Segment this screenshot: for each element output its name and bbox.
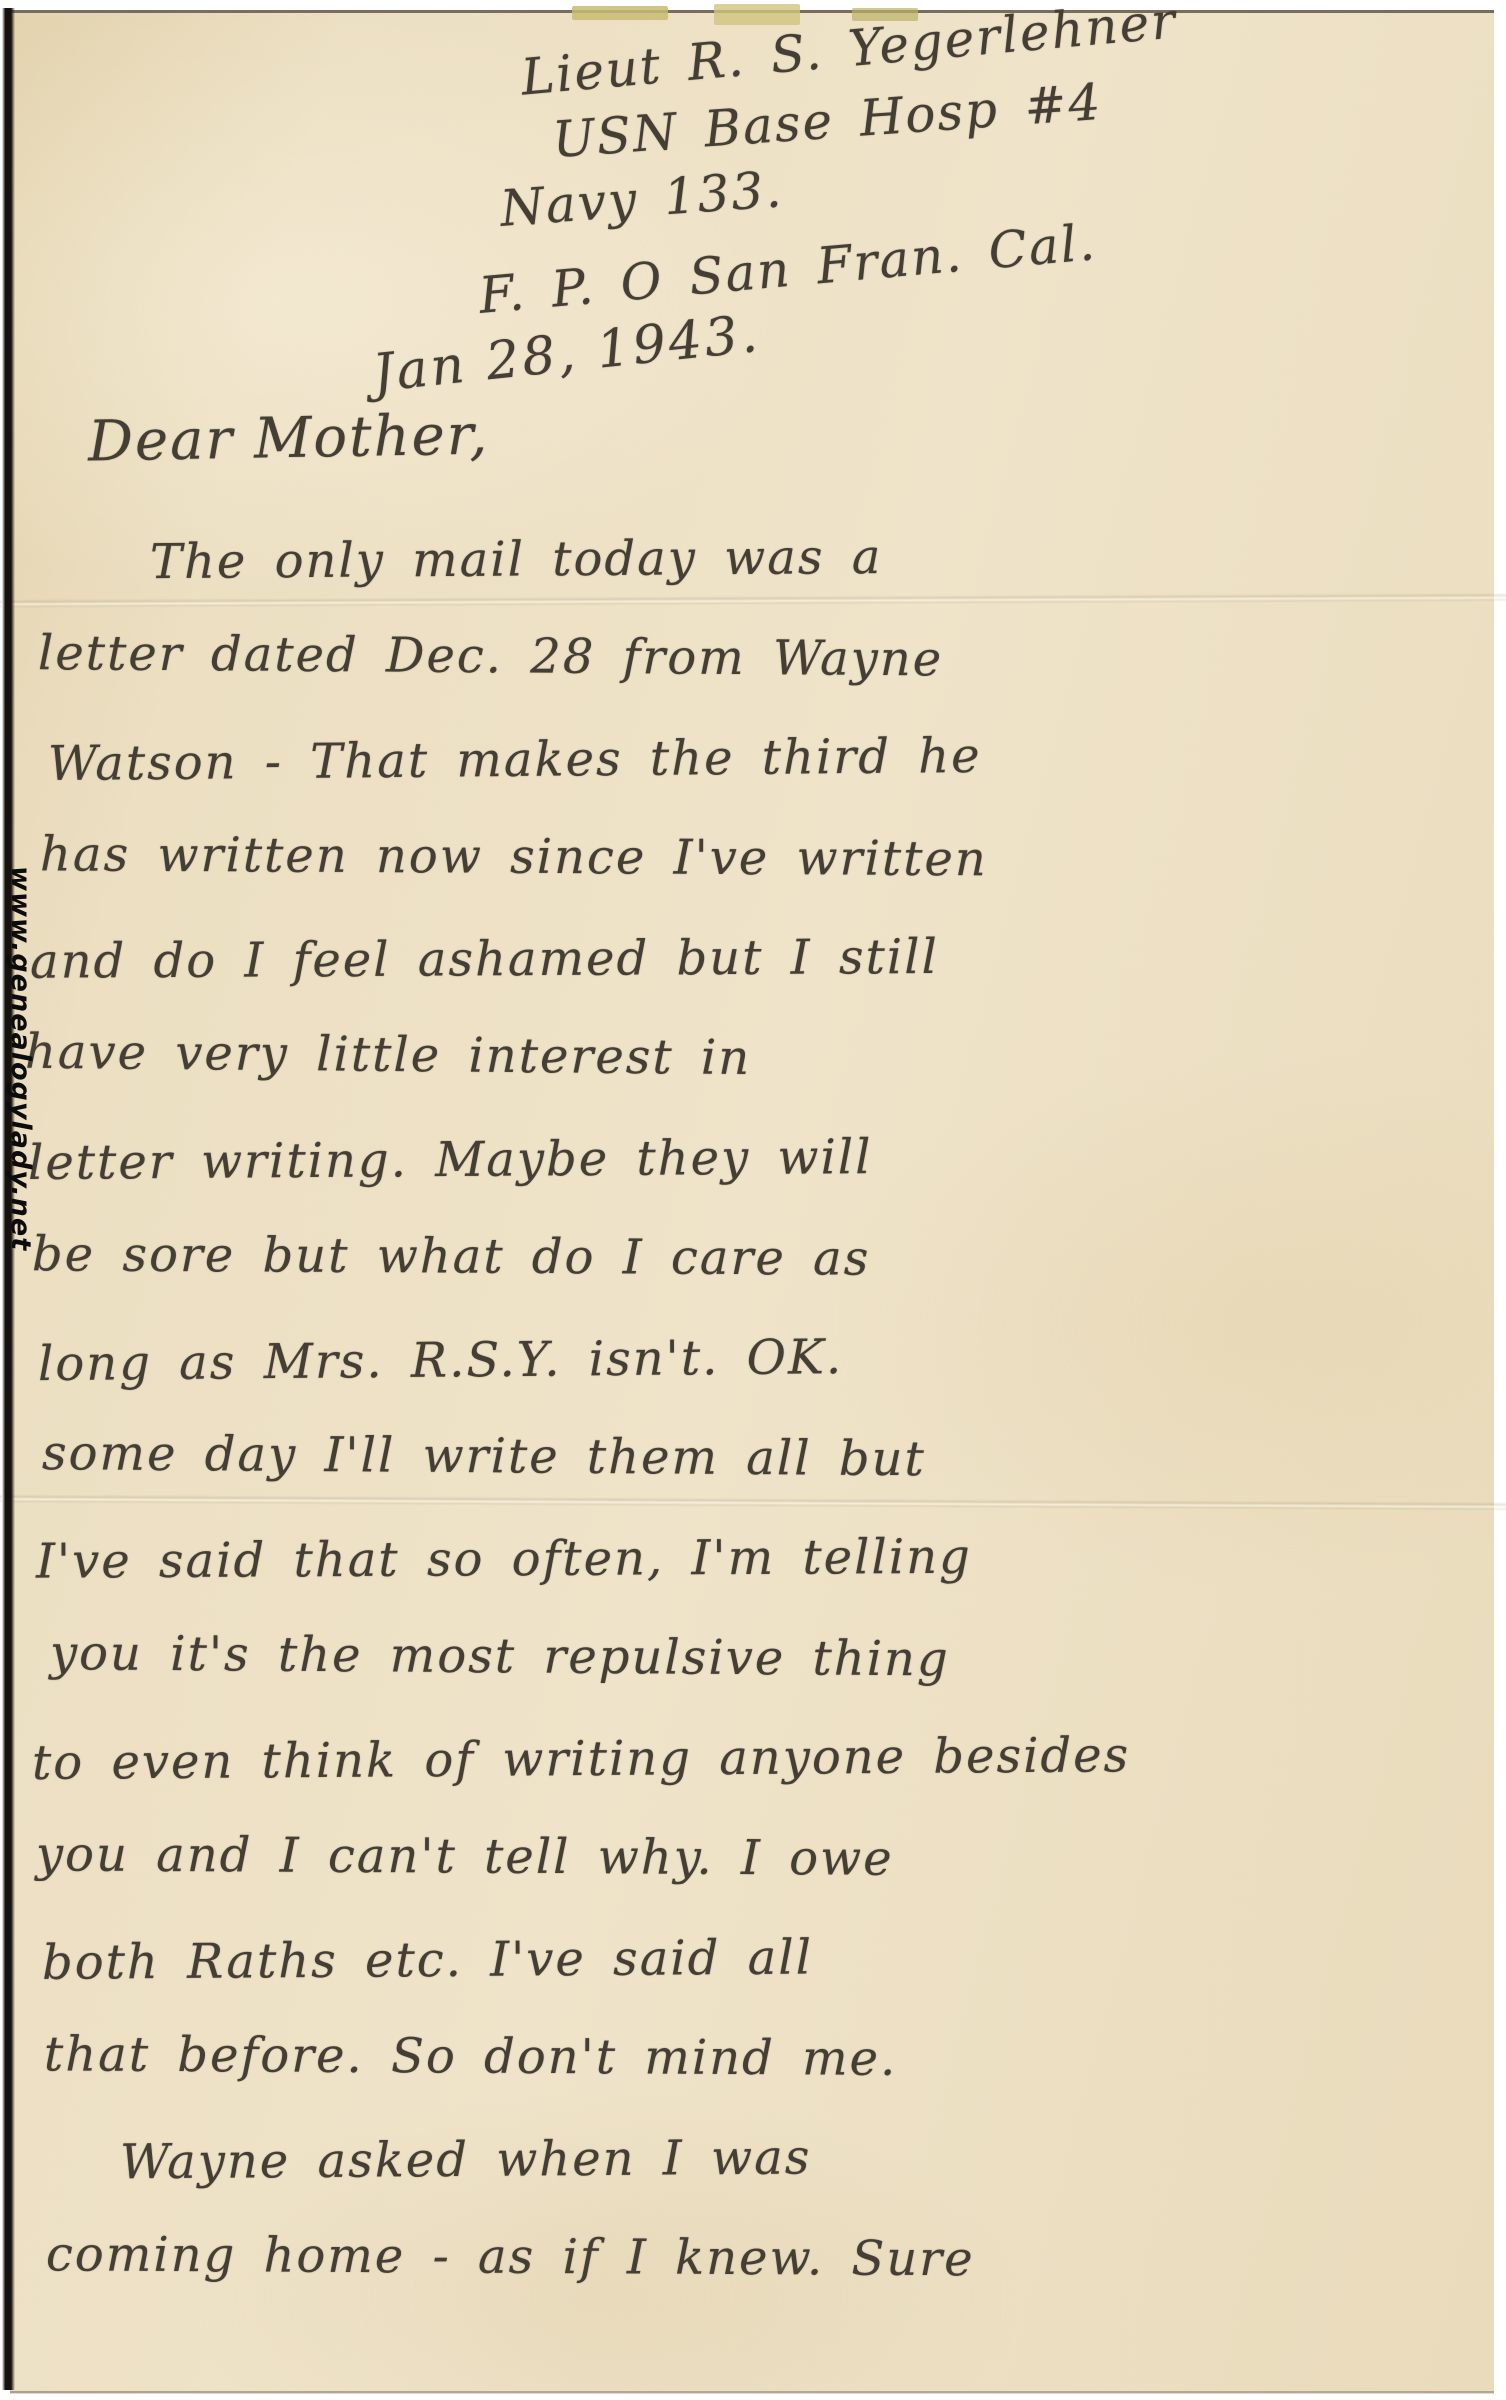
handwritten-line: you it's the most repulsive thing	[0, 1603, 1480, 1713]
handwritten-line: and do I feel ashamed but I still	[0, 904, 1480, 1012]
handwritten-line: letter writing. Maybe they will	[0, 1103, 1480, 1213]
watermark-url: www.genealogylady.net	[2, 866, 36, 1386]
handwritten-line: long as Mrs. R.S.Y. isn't. OK.	[0, 1302, 1480, 1415]
handwritten-line: be sore but what do I care as	[0, 1204, 1480, 1312]
tape-fragment	[572, 6, 668, 20]
handwritten-line: that before. So don't mind me.	[0, 2004, 1480, 2112]
handwritten-line: Watson - That makes the third he	[0, 702, 1480, 815]
handwritten-line: to even think of writing anyone besides	[0, 1703, 1480, 1813]
handwritten-line: Wayne asked when I was	[0, 2103, 1480, 2213]
handwritten-line: coming home - as if I knew. Sure	[0, 2204, 1480, 2312]
handwritten-line: I've said that so often, I'm telling	[0, 1504, 1480, 1612]
handwritten-line: you and I can't tell why. I owe	[0, 1804, 1480, 1912]
handwritten-line: letter dated Dec. 28 from Wayne	[0, 603, 1480, 713]
handwritten-line: The only mail today was a	[0, 503, 1480, 613]
handwritten-line: some day I'll write them all but	[0, 1403, 1480, 1513]
salutation: Dear Mother,	[87, 403, 489, 475]
handwritten-line: both Raths etc. I've said all	[0, 1903, 1480, 2013]
letter-body: The only mail today was a letter dated D…	[0, 508, 1480, 2308]
handwritten-line: has written now since I've written	[0, 804, 1480, 912]
handwritten-line: have very little interest in	[0, 1002, 1480, 1115]
scanned-letter-page: www.genealogylady.net Lieut R. S. Yegerl…	[0, 0, 1506, 2400]
tape-fragment	[714, 4, 800, 25]
